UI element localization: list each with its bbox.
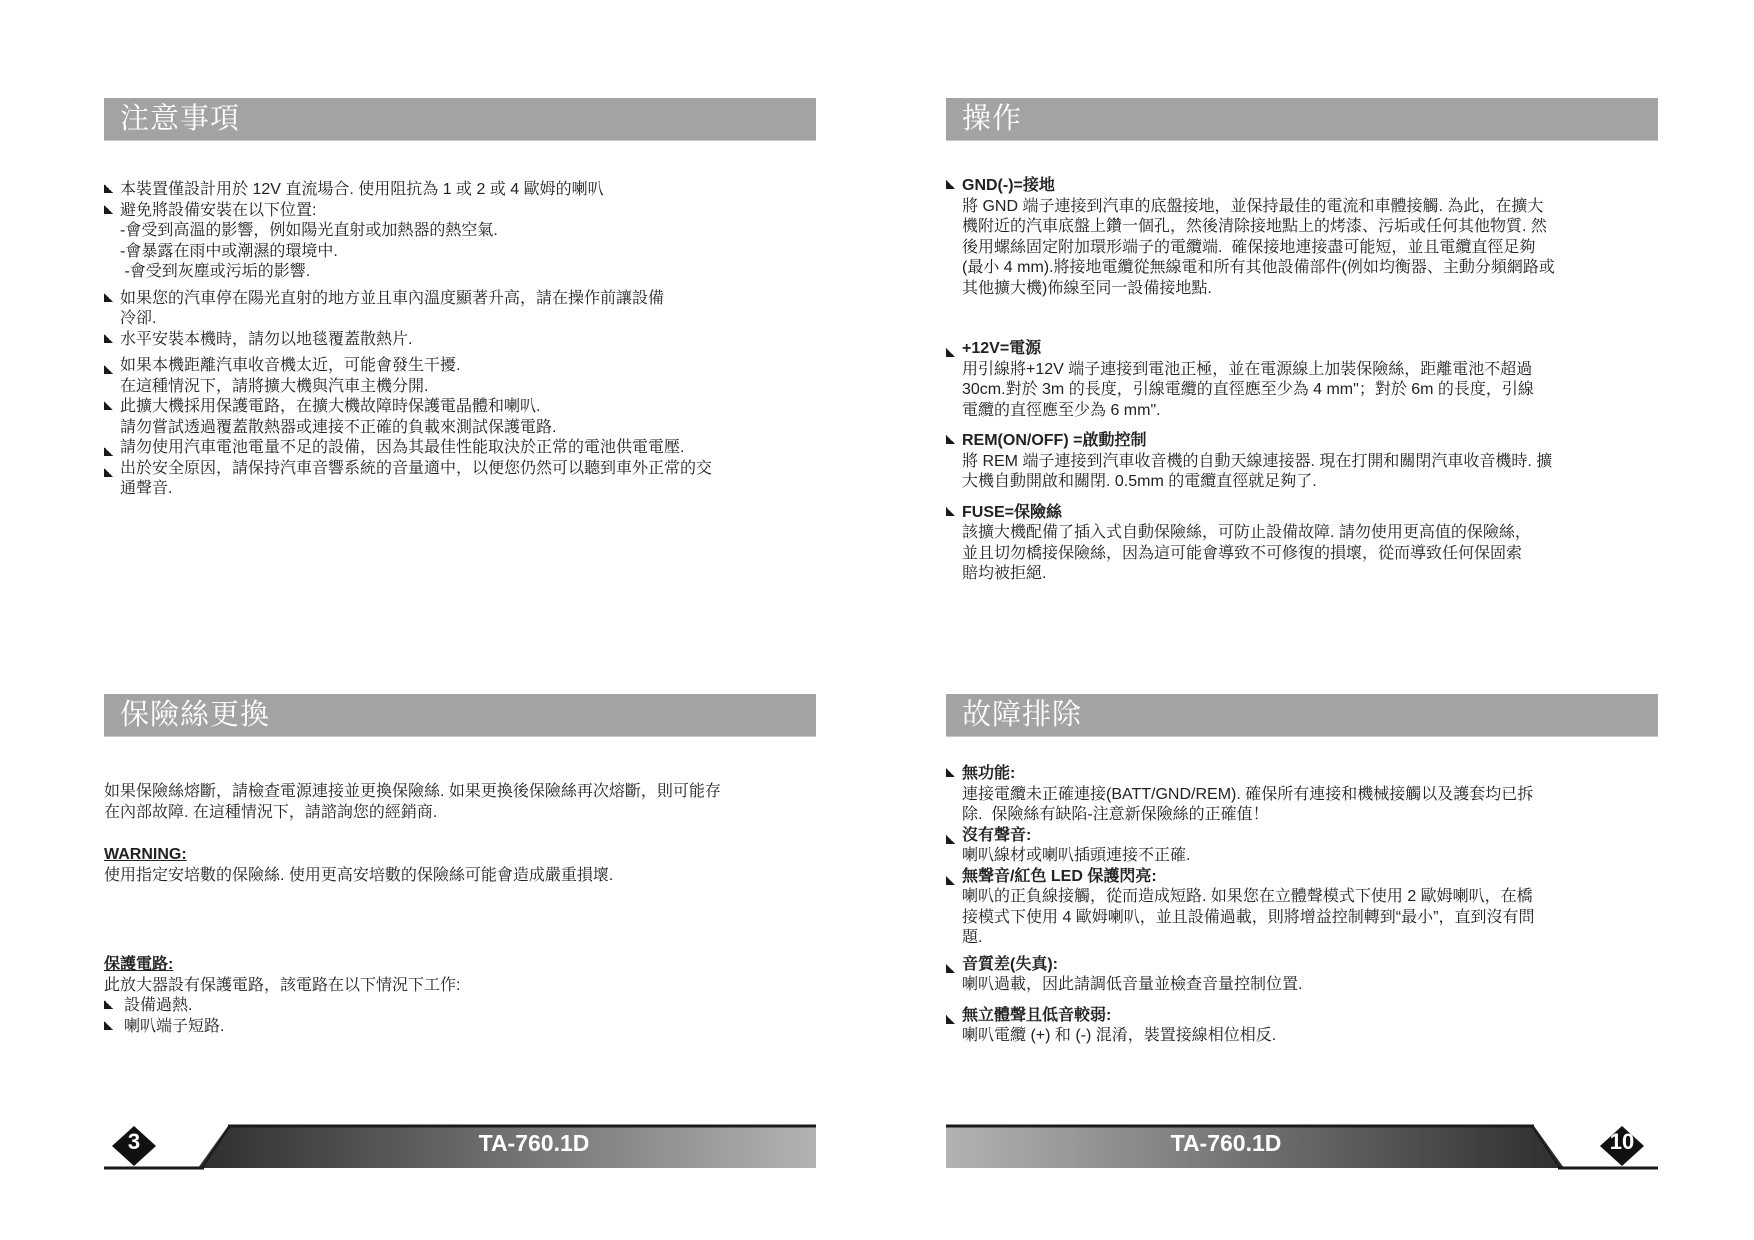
triangle-bullet-icon <box>104 205 113 214</box>
list-item: 音質差(失真): 喇叭過載，因此請調低音量並檢查音量控制位置. <box>946 955 1658 996</box>
list-item: 如果本機距離汽車收音機太近，可能會發生干擾. 在這種情況下，請將擴大機與汽車主機… <box>104 356 816 397</box>
left-page: 注意事項 本裝置僅設計用於 12V 直流場合. 使用阻抗為 1 或 2 或 4 … <box>104 0 816 1240</box>
list-item: 此擴大機採用保護電路，在擴大機故障時保護電晶體和喇叭. 請勿嘗試透過覆蓋散熱器或… <box>104 397 816 438</box>
list-item: 無立體聲且低音較弱: 喇叭電纜 (+) 和 (-) 混淆，裝置接線相位相反. <box>946 1006 1658 1047</box>
troubleshooting-list: 無功能: 連接電纜未正確連接(BATT/GND/REM). 確保所有連接和機械接… <box>946 764 1658 1047</box>
section-header-troubleshooting: 故障排除 <box>946 694 1658 737</box>
list-item: 喇叭端子短路. <box>104 1017 816 1038</box>
triangle-bullet-icon <box>104 468 113 477</box>
list-item: 如果您的汽車停在陽光直射的地方並且車內溫度顯著升高，請在操作前讓設備 冷卻. <box>104 289 816 330</box>
triangle-bullet-icon <box>946 964 955 973</box>
model-name: TA-760.1D <box>434 1130 634 1157</box>
list-item: 請勿使用汽車電池電量不足的設備，因為其最佳性能取決於正常的電池供電電壓. <box>104 438 816 459</box>
triangle-bullet-icon <box>104 334 113 343</box>
page-number: 3 <box>114 1129 154 1155</box>
triangle-bullet-icon <box>104 184 113 193</box>
list-item: +12V=電源 用引線將+12V 端子連接到電池正極，並在電源線上加裝保險絲，距… <box>946 339 1658 421</box>
triangle-bullet-icon <box>946 835 955 844</box>
list-item: 無聲音/紅色 LED 保護閃亮: 喇叭的正負線接觸，從而造成短路. 如果您在立體… <box>946 867 1658 949</box>
triangle-bullet-icon <box>946 1015 955 1024</box>
section-header-fuse-replacement: 保險絲更換 <box>104 694 816 737</box>
page-number: 10 <box>1602 1129 1642 1155</box>
list-item: GND(-)=接地 將 GND 端子連接到汽車的底盤接地，並保持最佳的電流和車體… <box>946 176 1658 299</box>
protection-circuit-label: 保護電路: <box>104 955 816 976</box>
triangle-bullet-icon <box>946 507 955 516</box>
triangle-bullet-icon <box>946 348 955 357</box>
list-item: FUSE=保險絲 該擴大機配備了插入式自動保險絲，可防止設備故障. 請勿使用更高… <box>946 503 1658 585</box>
list-item: 無功能: 連接電纜未正確連接(BATT/GND/REM). 確保所有連接和機械接… <box>946 764 1658 826</box>
right-page: 操作 GND(-)=接地 將 GND 端子連接到汽車的底盤接地，並保持最佳的電流… <box>946 0 1658 1240</box>
triangle-bullet-icon <box>104 365 113 374</box>
triangle-bullet-icon <box>946 435 955 444</box>
page-footer: 3 TA-760.1D <box>104 1122 816 1170</box>
list-item: 沒有聲音: 喇叭線材或喇叭插頭連接不正確. <box>946 826 1658 867</box>
triangle-bullet-icon <box>104 1021 113 1030</box>
triangle-bullet-icon <box>946 768 955 777</box>
protection-circuit-block: 保護電路: 此放大器設有保護電路，該電路在以下情況下工作: 設備過熱. 喇叭端子… <box>104 955 816 1037</box>
triangle-bullet-icon <box>104 401 113 410</box>
triangle-bullet-icon <box>104 447 113 456</box>
list-item: 本裝置僅設計用於 12V 直流場合. 使用阻抗為 1 或 2 或 4 歐姆的喇叭 <box>104 180 816 201</box>
list-item: 出於安全原因，請保持汽車音響系統的音量適中，以便您仍然可以聽到車外正常的交 通聲… <box>104 459 816 500</box>
list-item: 水平安裝本機時，請勿以地毯覆蓋散熱片. <box>104 330 816 351</box>
section-title: 故障排除 <box>962 699 1082 731</box>
precautions-list: 本裝置僅設計用於 12V 直流場合. 使用阻抗為 1 或 2 或 4 歐姆的喇叭… <box>104 180 816 500</box>
warning-label: WARNING: <box>104 845 816 866</box>
section-title: 操作 <box>962 103 1022 135</box>
operation-list: GND(-)=接地 將 GND 端子連接到汽車的底盤接地，並保持最佳的電流和車體… <box>946 176 1658 585</box>
section-title: 注意事項 <box>120 103 240 135</box>
warning-text: 使用指定安培數的保險絲. 使用更高安培數的保險絲可能會造成嚴重損壞. <box>104 866 816 887</box>
section-title: 保險絲更換 <box>120 699 270 731</box>
list-item: REM(ON/OFF) =啟動控制 將 REM 端子連接到汽車收音機的自動天線連… <box>946 431 1658 493</box>
section-header-precautions: 注意事項 <box>104 98 816 141</box>
triangle-bullet-icon <box>946 876 955 885</box>
triangle-bullet-icon <box>946 180 955 189</box>
triangle-bullet-icon <box>104 1000 113 1009</box>
model-name: TA-760.1D <box>1126 1130 1326 1157</box>
triangle-bullet-icon <box>104 293 113 302</box>
fuse-replacement-body: 如果保險絲熔斷，請檢查電源連接並更換保險絲. 如果更換後保險絲再次熔斷，則可能存… <box>104 782 816 886</box>
list-item: 避免將設備安裝在以下位置: -會受到高溫的影響，例如陽光直射或加熱器的熱空氣. … <box>104 201 816 283</box>
section-header-operation: 操作 <box>946 98 1658 141</box>
list-item: 設備過熱. <box>104 996 816 1017</box>
page-footer: 10 TA-760.1D <box>946 1122 1658 1170</box>
